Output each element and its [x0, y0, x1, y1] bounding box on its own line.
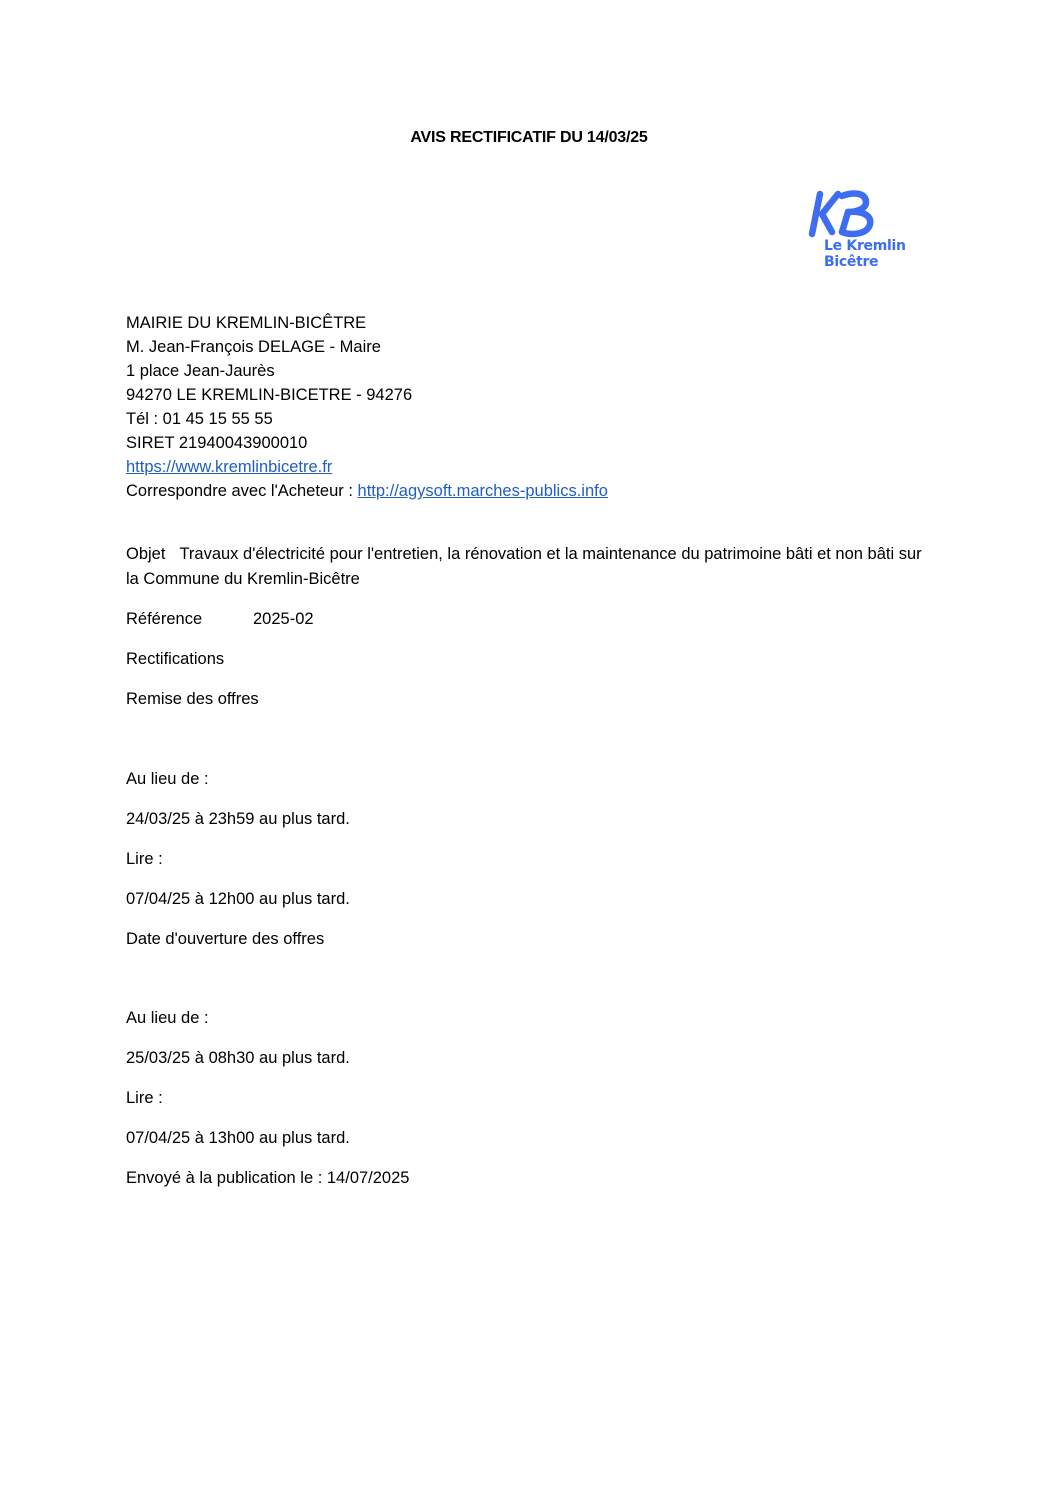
- document-page: AVIS RECTIFICATIF DU 14/03/25 Le Kremlin…: [0, 0, 1058, 1497]
- buyer-address-block: MAIRIE DU KREMLIN-BICÊTRE M. Jean-Franço…: [126, 311, 608, 503]
- logo-text: Le Kremlin Bicêtre: [824, 238, 906, 270]
- objet-text: Travaux d'électricité pour l'entretien, …: [126, 545, 922, 588]
- reference-label: Référence: [126, 610, 202, 628]
- read-value-remise: 07/04/25 à 12h00 au plus tard.: [126, 887, 350, 911]
- instead-label-remise: Au lieu de :: [126, 767, 209, 791]
- read-label-ouverture: Lire :: [126, 1086, 163, 1110]
- contact-link[interactable]: http://agysoft.marches-publics.info: [358, 482, 608, 500]
- buyer-city: 94270 LE KREMLIN-BICETRE - 94276: [126, 383, 608, 407]
- buyer-name: MAIRIE DU KREMLIN-BICÊTRE: [126, 311, 608, 335]
- kremlin-bicetre-logo: Le Kremlin Bicêtre: [808, 190, 918, 275]
- buyer-siret: SIRET 21940043900010: [126, 431, 608, 455]
- contact-label: Correspondre avec l'Acheteur :: [126, 482, 358, 500]
- buyer-phone: Tél : 01 45 15 55 55: [126, 407, 608, 431]
- read-label-remise: Lire :: [126, 847, 163, 871]
- buyer-street: 1 place Jean-Jaurès: [126, 359, 608, 383]
- kb-monogram-icon: [808, 190, 878, 240]
- objet-paragraph: ObjetTravaux d'électricité pour l'entret…: [126, 542, 926, 591]
- instead-value-remise: 24/03/25 à 23h59 au plus tard.: [126, 807, 350, 831]
- reference-row: Référence 2025-02: [126, 607, 202, 631]
- reference-value: 2025-02: [253, 607, 314, 631]
- document-title: AVIS RECTIFICATIF DU 14/03/25: [0, 129, 1058, 147]
- logo-line-2: Bicêtre: [824, 254, 906, 270]
- buyer-representative: M. Jean-François DELAGE - Maire: [126, 335, 608, 359]
- sent-for-publication: Envoyé à la publication le : 14/07/2025: [126, 1166, 409, 1190]
- read-value-ouverture: 07/04/25 à 13h00 au plus tard.: [126, 1126, 350, 1150]
- section-heading-ouverture: Date d'ouverture des offres: [126, 927, 324, 951]
- rectifications-heading: Rectifications: [126, 647, 224, 671]
- section-heading-remise: Remise des offres: [126, 687, 259, 711]
- instead-label-ouverture: Au lieu de :: [126, 1006, 209, 1030]
- objet-label: Objet: [126, 545, 165, 563]
- logo-line-1: Le Kremlin: [824, 238, 906, 254]
- instead-value-ouverture: 25/03/25 à 08h30 au plus tard.: [126, 1046, 350, 1070]
- website-link[interactable]: https://www.kremlinbicetre.fr: [126, 458, 332, 476]
